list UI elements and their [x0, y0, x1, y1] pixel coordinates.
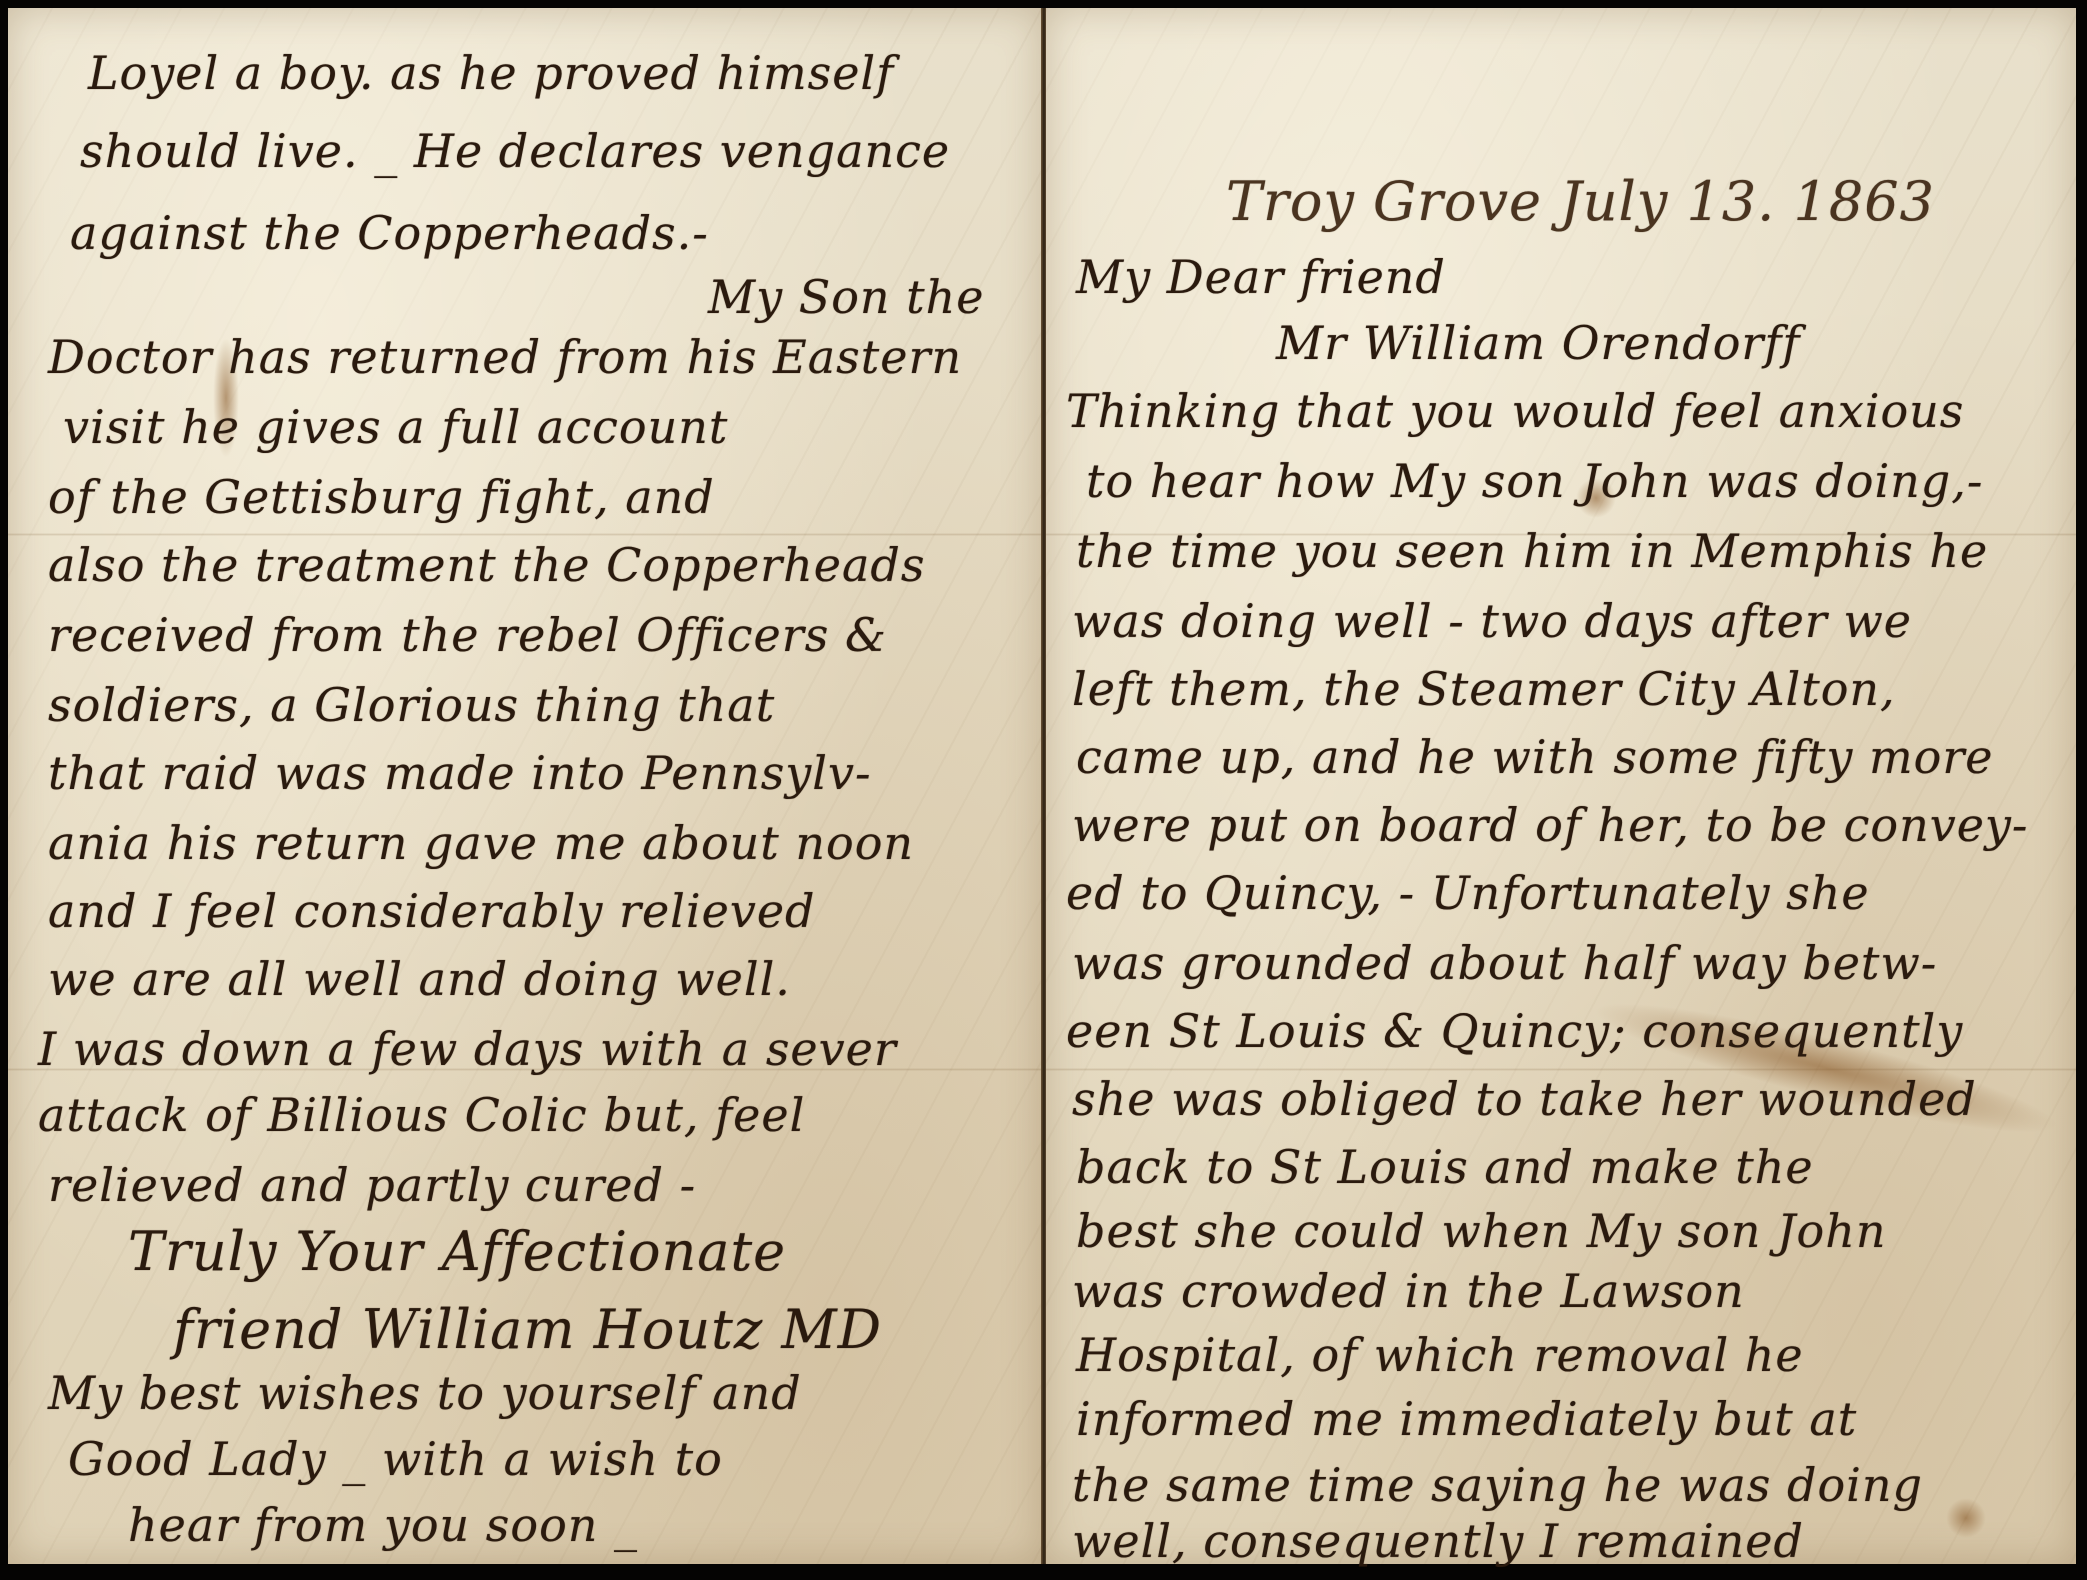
- letter-line: received from the rebel Officers &: [48, 608, 887, 662]
- letter-line: that raid was made into Pennsylv-: [48, 746, 872, 800]
- letter-line: we are all well and doing well.: [48, 952, 791, 1006]
- letter-line: back to St Louis and make the: [1076, 1140, 1814, 1194]
- letter-line: well, consequently I remained: [1072, 1514, 1804, 1568]
- letter-line: attack of Billious Colic but, feel: [38, 1088, 805, 1142]
- letter-line: relieved and partly cured -: [48, 1158, 696, 1212]
- letter-page-left: Loyel a boy. as he proved himself should…: [8, 8, 1042, 1564]
- letter-line: visit he gives a full account: [63, 400, 728, 454]
- letter-line: and I feel considerably relieved: [48, 884, 815, 938]
- letter-line: left them, the Steamer City Alton,: [1072, 662, 1896, 716]
- ink-stain: [1946, 1498, 1986, 1538]
- letter-line: ed to Quincy, - Unfortunately she: [1066, 866, 1870, 920]
- letter-line: I was down a few days with a sever: [38, 1022, 897, 1076]
- postscript-line: hear from you soon _: [128, 1498, 638, 1552]
- letter-line: the same time saying he was doing: [1072, 1458, 1923, 1512]
- letter-line: also the treatment the Copperheads: [48, 538, 925, 592]
- letter-line: My Son the: [708, 270, 985, 324]
- postscript-line: Good Lady _ with a wish to: [68, 1432, 723, 1486]
- letter-line: she was obliged to take her wounded: [1072, 1072, 1977, 1126]
- letter-line: was crowded in the Lawson: [1072, 1264, 1745, 1318]
- letter-line: Hospital, of which removal he: [1076, 1328, 1804, 1382]
- letter-place-date: Troy Grove July 13. 1863: [1226, 170, 1935, 233]
- letter-line: best she could when My son John: [1076, 1204, 1886, 1258]
- letter-salutation: My Dear friend: [1076, 250, 1446, 304]
- letter-line: Doctor has returned from his Eastern: [48, 330, 962, 384]
- letter-line: Loyel a boy. as he proved himself: [88, 46, 894, 100]
- letter-addressee: Mr William Orendorff: [1276, 316, 1800, 370]
- letter-line: against the Copperheads.-: [70, 206, 709, 260]
- postscript-line: My best wishes to yourself and: [48, 1366, 802, 1420]
- letter-line: of the Gettisburg fight, and: [48, 470, 715, 524]
- letter-line: should live. _ He declares vengance: [80, 124, 950, 178]
- letter-line: ania his return gave me about noon: [48, 816, 914, 870]
- letter-page-right: Troy Grove July 13. 1863 My Dear friend …: [1046, 8, 2076, 1564]
- letter-line: was grounded about half way betw-: [1072, 936, 1937, 990]
- closing-line: Truly Your Affectionate: [128, 1220, 786, 1283]
- paper-fold-line: [8, 533, 1042, 536]
- letter-line: Thinking that you would feel anxious: [1066, 384, 1964, 438]
- letter-line: was doing well - two days after we: [1072, 594, 1912, 648]
- letter-line: informed me immediately but at: [1076, 1392, 1857, 1446]
- letter-line: soldiers, a Glorious thing that: [48, 678, 775, 732]
- letter-line: came up, and he with some fifty more: [1076, 730, 1994, 784]
- letter-line: were put on board of her, to be convey-: [1072, 798, 2028, 852]
- letter-line: the time you seen him in Memphis he: [1076, 524, 1988, 578]
- letter-line: een St Louis & Quincy; consequently: [1066, 1004, 1963, 1058]
- letter-line: to hear how My son John was doing,-: [1086, 454, 1983, 508]
- signature: friend William Houtz MD: [173, 1298, 882, 1361]
